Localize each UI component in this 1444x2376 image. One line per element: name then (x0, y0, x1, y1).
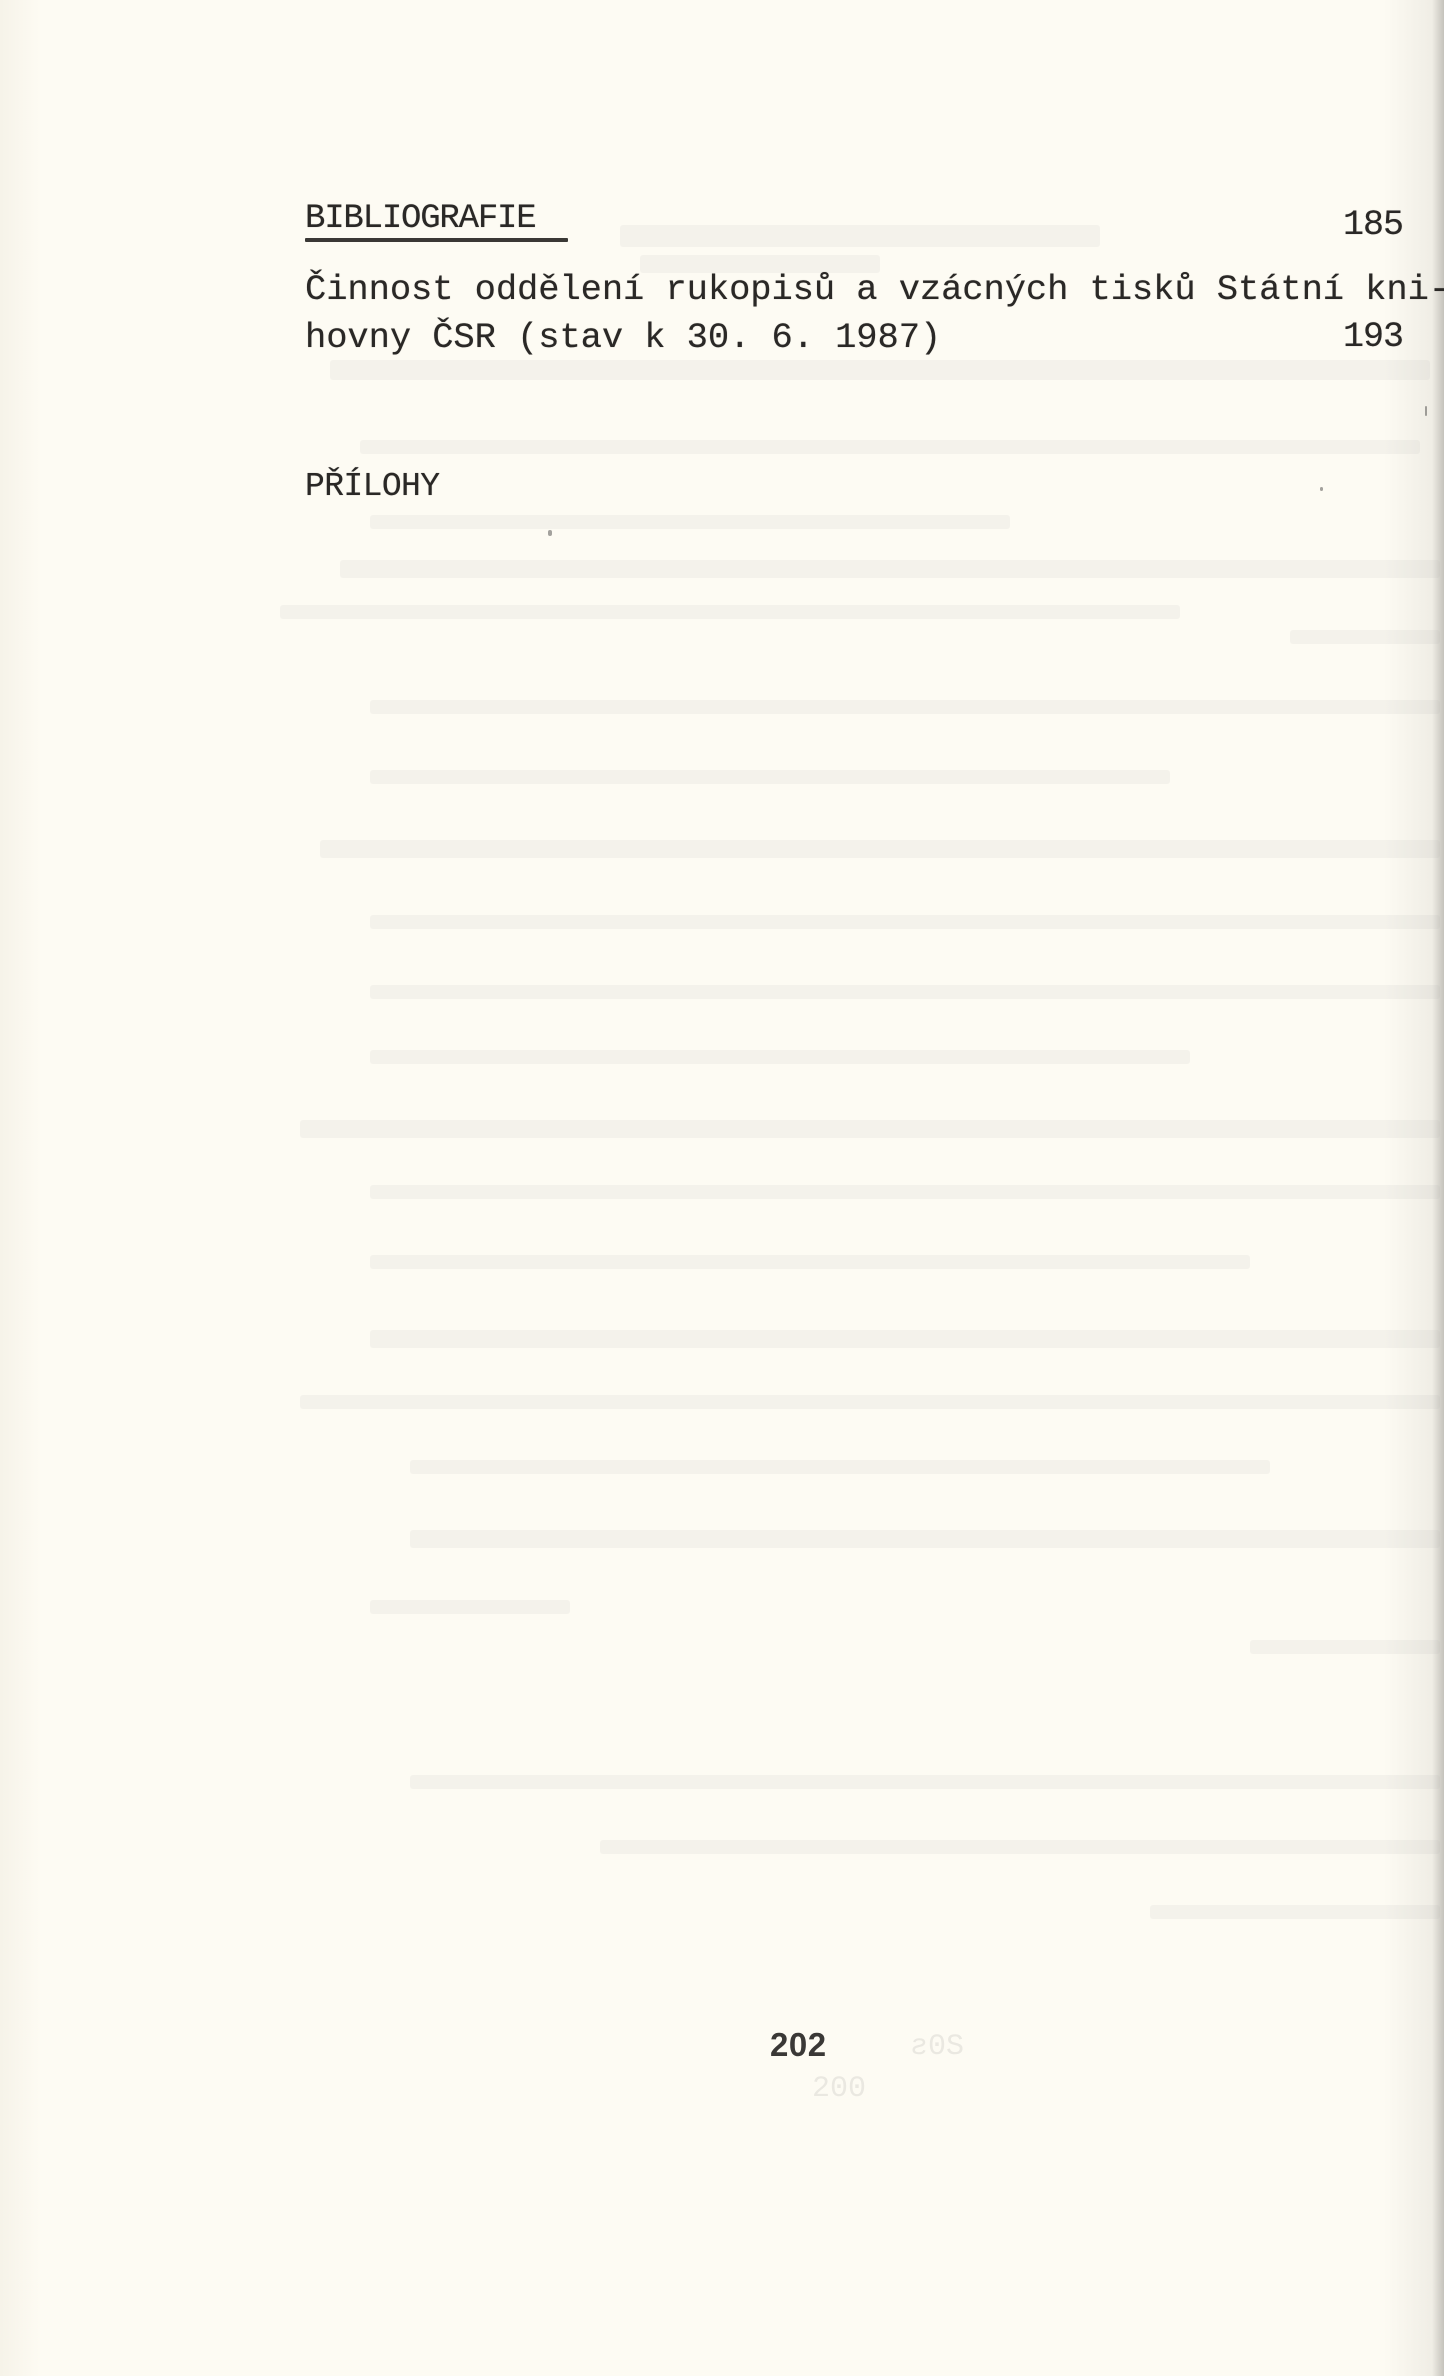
toc-entry-cinnost-title-line-2: hovny ČSR (stav k 30. 6. 1987) (305, 320, 941, 356)
ink-speck (1320, 487, 1323, 491)
toc-entry-cinnost-page: 193 (1343, 320, 1403, 355)
heading-underline (305, 238, 568, 242)
document-page: ƨ0S 200 BIBLIOGRAFIE 185 Činnost oddělen… (0, 0, 1444, 2376)
ink-speck (548, 530, 552, 536)
toc-entry-bibliografie-page: 185 (1343, 208, 1403, 243)
section-heading-prilohy: PŘÍLOHY (305, 470, 439, 503)
toc-entry-cinnost-title-line-1: Činnost oddělení rukopisů a vzácných tis… (305, 272, 1444, 308)
ink-speck (1425, 406, 1427, 416)
toc-entry-bibliografie-title: BIBLIOGRAFIE (305, 202, 535, 236)
page-number: 202 (770, 2026, 827, 2064)
